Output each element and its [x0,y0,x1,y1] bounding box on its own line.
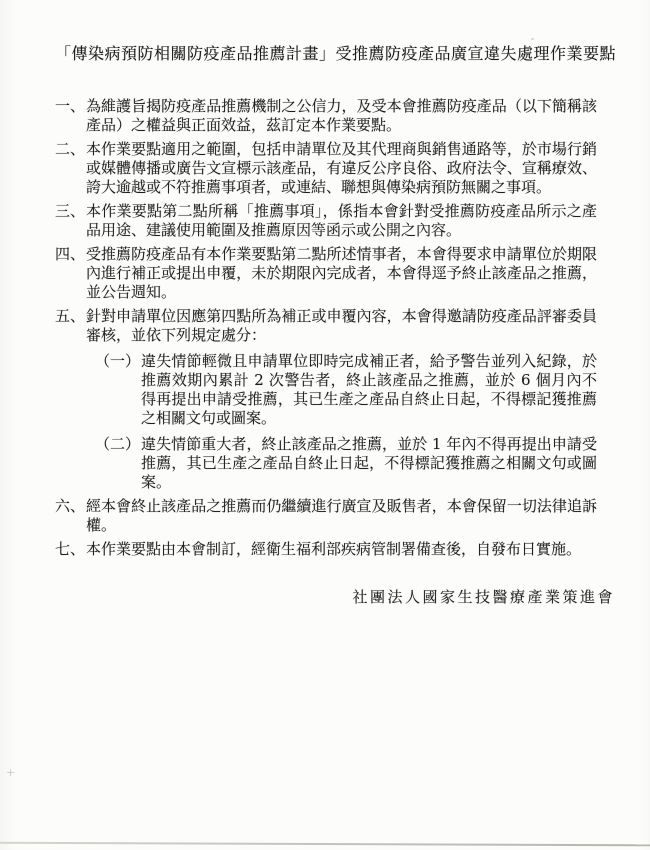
clause-6: 六、 經本會終止該產品之推薦而仍繼續進行廣宣及販售者，本會保留一切法律追訴權。 [55,497,597,535]
clause-3-text: 本作業要點第二點所稱「推薦事項」，係指本會針對受推薦防疫產品所示之產品用途、建議… [86,202,597,240]
scanned-document-page: 「傳染病預防相關防疫產品推薦計畫」受推薦防疫產品廣宣違失處理作業要點 一、 為維… [0,0,650,850]
subclause-2-number: （二） [95,435,141,492]
subclause-2-text: 違失情節重大者，終止該產品之推薦，並於 1 年內不得再提出申請受推薦，其已生產之… [141,435,597,492]
clause-3-number: 三、 [55,202,86,240]
document-content: 「傳染病預防相關防疫產品推薦計畫」受推薦防疫產品廣宣違失處理作業要點 一、 為維… [55,44,597,607]
clause-4: 四、 受推薦防疫產品有本作業要點第二點所述情事者，本會得要求申請單位於期限內進行… [55,245,597,302]
subclause-1-text: 違失情節輕微且申請單位即時完成補正者，給予警告並列入紀錄，於推薦效期內累計 2 … [141,352,597,428]
clause-5-text: 針對申請單位因應第四點所為補正或申覆內容，本會得邀請防疫產品評審委員審核，並依下… [86,307,597,345]
clause-5-subclause-2: （二） 違失情節重大者，終止該產品之推薦，並於 1 年內不得再提出申請受推薦，其… [95,435,597,492]
scan-dot-artifact [531,38,534,40]
clause-6-number: 六、 [55,497,86,535]
clause-7: 七、 本作業要點由本會制訂，經衛生福利部疾病管制署備查後，自發布日實施。 [55,540,597,559]
clause-5-subclause-1: （一） 違失情節輕微且申請單位即時完成補正者，給予警告並列入紀錄，於推薦效期內累… [95,352,597,428]
scan-speck-artifact: + [6,766,15,779]
clause-5-number: 五、 [55,307,86,345]
clause-2-number: 二、 [55,140,86,197]
clause-4-number: 四、 [55,245,86,302]
subclause-1-number: （一） [95,352,141,428]
clause-4-text: 受推薦防疫產品有本作業要點第二點所述情事者，本會得要求申請單位於期限內進行補正或… [86,245,597,302]
clause-1-text: 為維護旨揭防疫產品推薦機制之公信力，及受本會推薦防疫產品（以下簡稱該產品）之權益… [86,97,597,135]
clause-1-number: 一、 [55,97,86,135]
issuing-organization-signature: 社團法人國家生技醫療產業策進會 [55,588,615,607]
clause-2: 二、 本作業要點適用之範圍，包括申請單位及其代理商與銷售通路等，於市場行銷或媒體… [55,140,597,197]
clause-6-text: 經本會終止該產品之推薦而仍繼續進行廣宣及販售者，本會保留一切法律追訴權。 [86,497,597,535]
clause-1: 一、 為維護旨揭防疫產品推薦機制之公信力，及受本會推薦防疫產品（以下簡稱該產品）… [55,97,597,135]
clause-5: 五、 針對申請單位因應第四點所為補正或申覆內容，本會得邀請防疫產品評審委員審核，… [55,307,597,345]
clause-7-text: 本作業要點由本會制訂，經衛生福利部疾病管制署備查後，自發布日實施。 [86,540,597,559]
clause-2-text: 本作業要點適用之範圍，包括申請單位及其代理商與銷售通路等，於市場行銷或媒體傳播或… [86,140,597,197]
scan-edge-artifact [0,842,650,847]
clause-7-number: 七、 [55,540,86,559]
document-title: 「傳染病預防相關防疫產品推薦計畫」受推薦防疫產品廣宣違失處理作業要點 [55,44,597,63]
clause-3: 三、 本作業要點第二點所稱「推薦事項」，係指本會針對受推薦防疫產品所示之產品用途… [55,202,597,240]
